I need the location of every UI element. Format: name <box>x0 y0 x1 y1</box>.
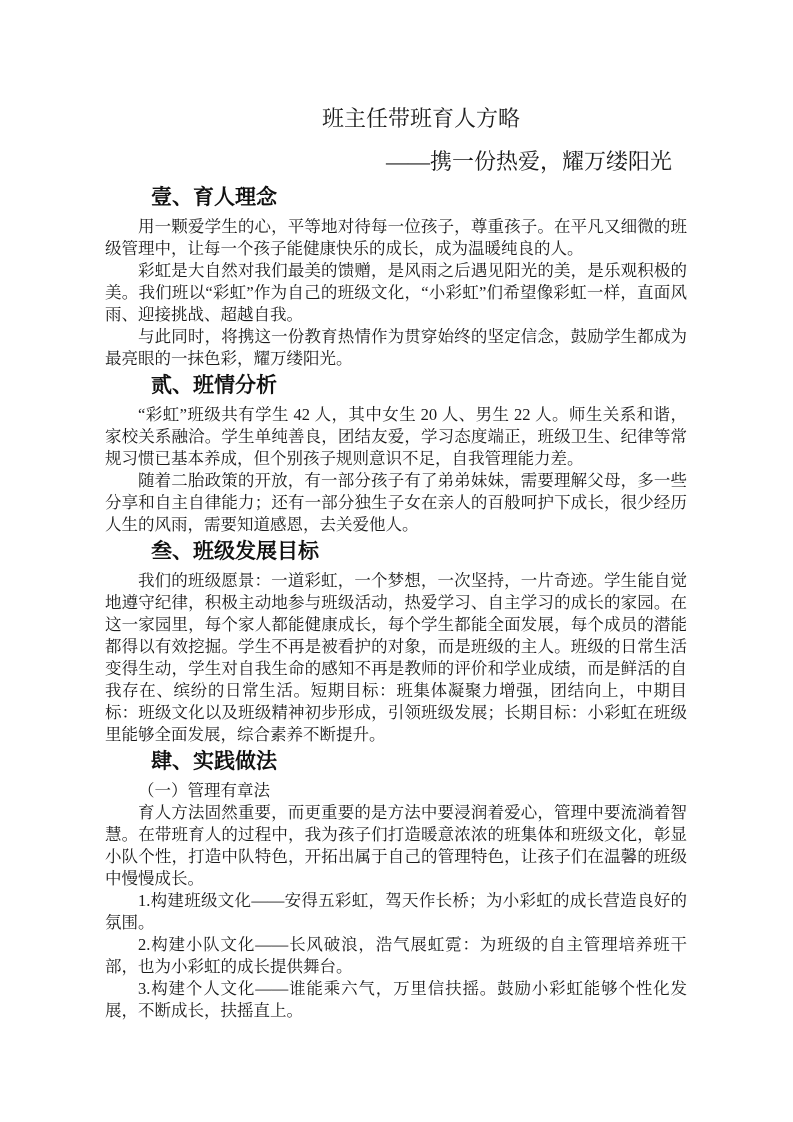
paragraph: 随着二胎政策的开放，有一部分孩子有了弟弟妹妹，需要理解父母，多一些分享和自主自律… <box>105 470 687 536</box>
paragraph: 3.构建个人文化——谁能乘六气，万里信扶摇。鼓励小彩虹能够个性化发展，不断成长，… <box>105 978 687 1022</box>
section-heading: 肆、实践做法 <box>105 750 687 774</box>
document-section: 叁、班级发展目标我们的班级愿景：一道彩虹，一个梦想，一次坚持，一片奇迹。学生能自… <box>105 540 687 746</box>
section-heading: 贰、班情分析 <box>105 374 687 398</box>
document-section: 肆、实践做法（一）管理有章法育人方法固然重要，而更重要的是方法中要浸润着爱心，管… <box>105 750 687 1022</box>
section-heading: 叁、班级发展目标 <box>105 540 687 564</box>
paragraph: “彩虹”班级共有学生 42 人，其中女生 20 人、男生 22 人。师生关系和谐… <box>105 404 687 470</box>
document-title: 班主任带班育人方略 <box>105 104 687 134</box>
paragraph: 2.构建小队文化——长风破浪，浩气展虹霓：为班级的自主管理培养班干部，也为小彩虹… <box>105 934 687 978</box>
paragraph: 1.构建班级文化——安得五彩虹，驾天作长桥；为小彩虹的成长营造良好的氛围。 <box>105 890 687 934</box>
paragraph: 用一颗爱学生的心，平等地对待每一位孩子，尊重孩子。在平凡又细微的班级管理中，让每… <box>105 216 687 260</box>
paragraph: （一）管理有章法 <box>105 780 687 802</box>
paragraph: 彩虹是大自然对我们最美的馈赠，是风雨之后遇见阳光的美，是乐观积极的美。我们班以“… <box>105 260 687 326</box>
paragraph: 与此同时，将携这一份教育热情作为贯穿始终的坚定信念，鼓励学生都成为最亮眼的一抹色… <box>105 326 687 370</box>
document-section: 贰、班情分析“彩虹”班级共有学生 42 人，其中女生 20 人、男生 22 人。… <box>105 374 687 536</box>
paragraph: 育人方法固然重要，而更重要的是方法中要浸润着爱心，管理中要流淌着智慧。在带班育人… <box>105 802 687 890</box>
paragraph: 我们的班级愿景：一道彩虹，一个梦想，一次坚持，一片奇迹。学生能自觉地遵守纪律，积… <box>105 570 687 746</box>
section-heading: 壹、育人理念 <box>105 186 687 210</box>
sections-container: 壹、育人理念用一颗爱学生的心，平等地对待每一位孩子，尊重孩子。在平凡又细微的班级… <box>105 186 687 1022</box>
document-subtitle: ——携一份热爱，耀万缕阳光 <box>105 147 687 177</box>
document-page: 班主任带班育人方略 ——携一份热爱，耀万缕阳光 壹、育人理念用一颗爱学生的心，平… <box>0 0 793 1122</box>
document-section: 壹、育人理念用一颗爱学生的心，平等地对待每一位孩子，尊重孩子。在平凡又细微的班级… <box>105 186 687 370</box>
